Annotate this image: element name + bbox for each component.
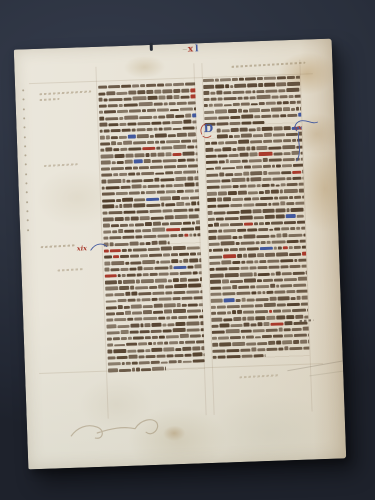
scribble-line [299, 319, 313, 322]
surface-scratch [287, 361, 342, 372]
pricking-hole [23, 127, 25, 129]
pricking-hole [22, 108, 24, 110]
pricking-hole [23, 117, 25, 119]
hanging-notch [150, 43, 153, 51]
text-column-right [203, 73, 310, 360]
initial-penwork-flourish [199, 122, 214, 138]
numeral-xx-penwork-flourish [290, 117, 322, 164]
pricking-holes [14, 39, 332, 50]
marginal-note-below-xix [57, 268, 83, 275]
scribble-line [57, 268, 83, 271]
scribble-line [41, 244, 75, 248]
pricking-hole [25, 182, 27, 184]
pricking-hole [24, 145, 26, 147]
text-column-left [98, 79, 205, 372]
running-header-blue-glyph: l [195, 44, 201, 54]
flourish-squiggle [67, 411, 164, 448]
pricking-hole [26, 210, 28, 212]
pricking-hole [27, 229, 29, 231]
scribble-line [39, 98, 59, 101]
marginal-note-bottom-center [239, 375, 279, 382]
ownership-flourish-inscription [67, 411, 164, 452]
pricking-hole [25, 192, 27, 194]
pricking-hole [23, 136, 25, 138]
scribble-line [239, 374, 279, 378]
surface-scratch [309, 371, 343, 377]
ruling-lines [14, 39, 332, 50]
running-header: ~xl [182, 45, 201, 55]
chapter-numeral-xix: xix [77, 245, 87, 252]
marginalia-layer [14, 39, 332, 50]
header-flourish-mark: ~ [182, 46, 188, 54]
scribble-line [231, 62, 305, 68]
pricking-hole [22, 89, 24, 91]
scribble-line [39, 90, 91, 95]
marginal-note-top-left [39, 91, 91, 105]
marginal-word-right-margin [299, 319, 313, 325]
numeral-xix-penwork-flourish [88, 240, 108, 255]
pricking-hole [25, 173, 27, 175]
photograph-background: ~xl D xx xix [0, 0, 375, 500]
pricking-hole [24, 154, 26, 156]
scribble-line [44, 163, 78, 167]
marginal-note-mid-left [44, 164, 78, 171]
pricking-hole [24, 164, 26, 166]
marginal-inscription-top-right [231, 63, 305, 72]
pricking-hole [26, 201, 28, 203]
marginal-note-left-at-xix [41, 245, 75, 252]
manuscript-leaf: ~xl D xx xix [14, 39, 346, 470]
pricking-hole [26, 219, 28, 221]
pricking-hole [22, 99, 24, 101]
